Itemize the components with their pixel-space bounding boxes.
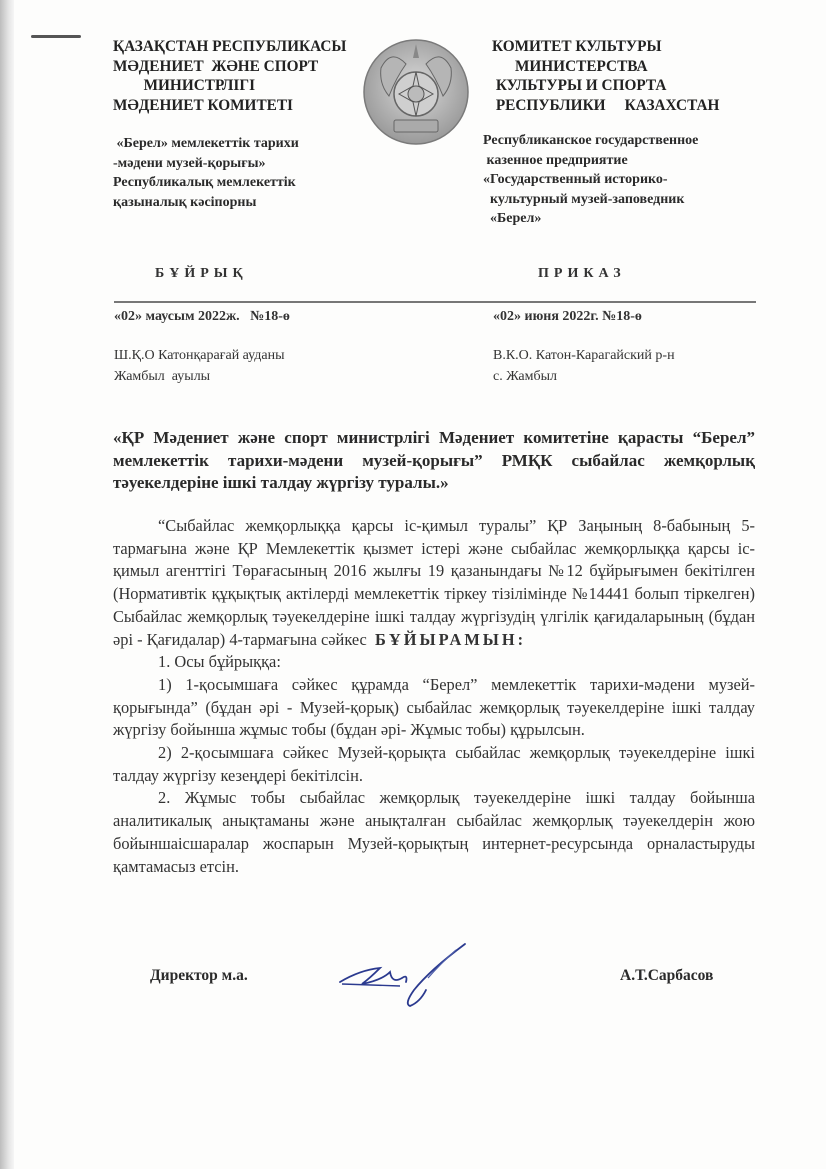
- enterprise-line: «Берел»: [483, 209, 783, 229]
- header-org-kz: ҚАЗАҚСТАН РЕСПУБЛИКАСЫ МӘДЕНИЕТ ЖӘНЕ СПО…: [113, 37, 383, 115]
- enterprise-line: казенное предприятие: [483, 151, 783, 171]
- place-line: В.К.О. Катон-Карагайский р-н: [493, 345, 675, 366]
- place-line: с. Жамбыл: [493, 366, 675, 387]
- enterprise-line: Республикалық мемлекеттік: [113, 173, 373, 193]
- enterprise-name-ru: Республиканское государственное казенное…: [483, 131, 783, 229]
- item-1: 1. Осы бұйрыққа:: [113, 651, 755, 674]
- order-title: «ҚР Мәдениет және спорт министрлігі Мәде…: [113, 427, 755, 495]
- org-line: МӘДЕНИЕТ КОМИТЕТІ: [113, 96, 383, 116]
- item-1-1: 1) 1-қосымшаға сәйкес құрамда “Берел” ме…: [113, 674, 755, 742]
- preamble-paragraph: “Сыбайлас жемқорлыққа қарсы іс-қимыл тур…: [113, 515, 755, 651]
- signatory-name: А.Т.Сарбасов: [620, 967, 713, 985]
- enterprise-line: -мәдени музей-қорығы»: [113, 154, 373, 174]
- org-line: ҚАЗАҚСТАН РЕСПУБЛИКАСЫ: [113, 37, 383, 57]
- place-kz: Ш.Қ.О Катонқарағай ауданы Жамбыл ауылы: [114, 345, 285, 387]
- header-divider: [114, 301, 756, 303]
- org-line: КОМИТЕТ КУЛЬТУРЫ: [492, 37, 772, 57]
- place-line: Жамбыл ауылы: [114, 366, 285, 387]
- enterprise-line: культурный музей-заповедник: [483, 190, 783, 210]
- org-line: МӘДЕНИЕТ ЖӘНЕ СПОРТ: [113, 57, 383, 77]
- enterprise-name-kz: «Берел» мемлекеттік тарихи -мәдени музей…: [113, 134, 373, 212]
- state-emblem-icon: [361, 38, 471, 146]
- org-line: МИНИСТРЛІГІ: [113, 76, 383, 96]
- enterprise-line: «Государственный историко-: [483, 170, 783, 190]
- order-body: “Сыбайлас жемқорлыққа қарсы іс-қимыл тур…: [113, 515, 755, 878]
- enterprise-line: Республиканское государственное: [483, 131, 783, 151]
- enterprise-line: «Берел» мемлекеттік тарихи: [113, 134, 373, 154]
- org-line: МИНИСТЕРСТВА: [492, 57, 772, 77]
- org-line: РЕСПУБЛИКИ КАЗАХСТАН: [492, 96, 772, 116]
- header-org-ru: КОМИТЕТ КУЛЬТУРЫ МИНИСТЕРСТВА КУЛЬТУРЫ И…: [492, 37, 772, 115]
- place-line: Ш.Қ.О Катонқарағай ауданы: [114, 345, 285, 366]
- date-number-ru: «02» июня 2022г. №18-ө: [493, 309, 642, 325]
- scan-edge-shadow: [0, 0, 14, 1169]
- place-ru: В.К.О. Катон-Карагайский р-н с. Жамбыл: [493, 345, 675, 387]
- org-line: КУЛЬТУРЫ И СПОРТА: [492, 76, 772, 96]
- handwritten-signature-icon: [330, 940, 480, 1010]
- doc-type-ru: ПРИКАЗ: [538, 266, 626, 282]
- enterprise-line: қазыналық кәсіпорны: [113, 193, 373, 213]
- order-word: БҰЙЫРАМЫН:: [375, 630, 526, 649]
- item-2: 2. Жұмыс тобы сыбайлас жемқорлық тәуекел…: [113, 787, 755, 878]
- date-number-kz: «02» маусым 2022ж. №18-ө: [114, 309, 290, 325]
- item-1-2: 2) 2-қосымшаға сәйкес Музей-қорықта сыба…: [113, 742, 755, 787]
- doc-type-kz: БҰЙРЫҚ: [155, 266, 248, 282]
- scan-mark: [31, 35, 81, 38]
- signatory-position: Директор м.а.: [150, 967, 248, 985]
